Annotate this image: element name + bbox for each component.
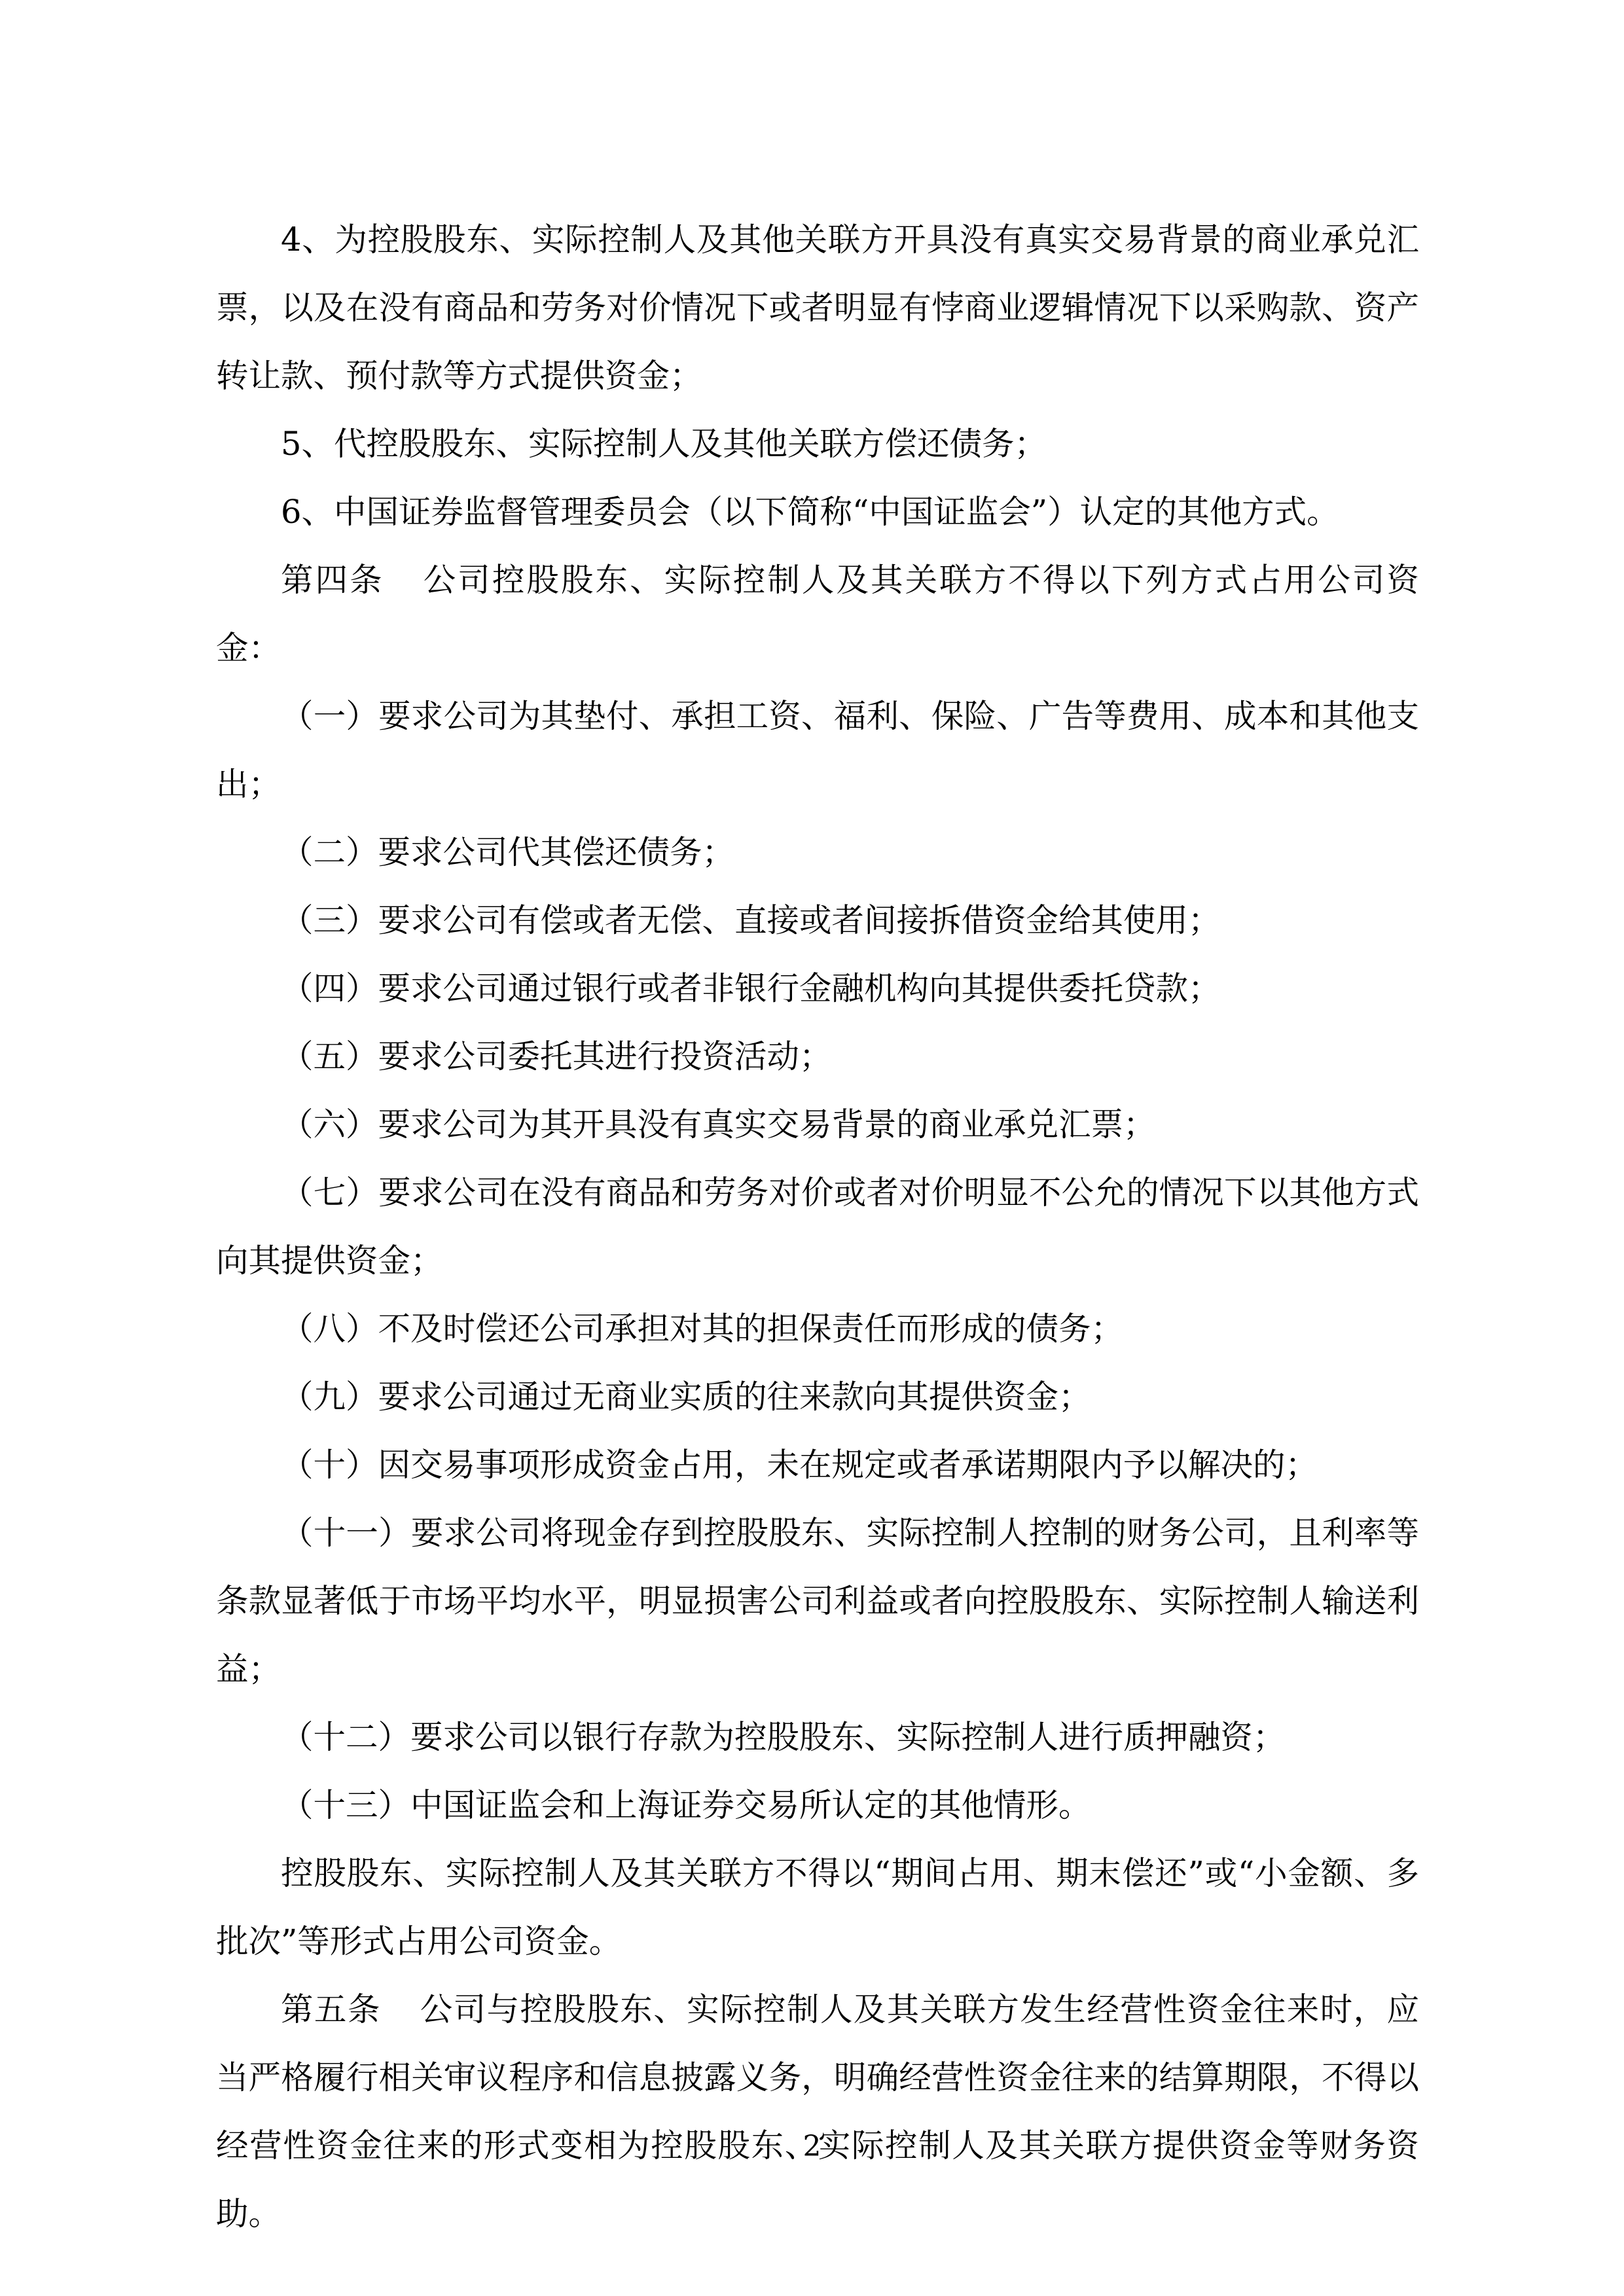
paragraph-text: （四）要求公司通过银行或者非银行金融机构向其提供委托贷款； <box>281 969 1221 1007</box>
paragraph: （八）不及时偿还公司承担对其的担保责任而形成的债务； <box>216 1295 1419 1363</box>
paragraph: 控股股东、实际控制人及其关联方不得以“期间占用、期末偿还”或“小金额、多批次”等… <box>216 1839 1419 1975</box>
paragraph-text: （八）不及时偿还公司承担对其的担保责任而形成的债务； <box>281 1310 1123 1348</box>
paragraph-text: （十）因交易事项形成资金占用，未在规定或者承诺期限内予以解决的； <box>281 1446 1318 1484</box>
paragraph: 6、中国证券监督管理委员会（以下简称“中国证监会”）认定的其他方式。 <box>216 478 1419 546</box>
page-footer: 2 <box>0 2127 1624 2166</box>
paragraph: （九）要求公司通过无商业实质的往来款向其提供资金； <box>216 1363 1419 1431</box>
article-number-label: 第四条 <box>281 561 384 599</box>
document-page: 4、为控股股东、实际控制人及其他关联方开具没有真实交易背景的商业承兑汇票，以及在… <box>0 0 1624 2296</box>
paragraph: （十一）要求公司将现金存到控股股东、实际控制人控制的财务公司，且利率等条款显著低… <box>216 1499 1419 1703</box>
paragraph-text: （十二）要求公司以银行存款为控股股东、实际控制人进行质押融资； <box>281 1718 1286 1756</box>
paragraph-text: （七）要求公司在没有商品和劳务对价或者对价明显不公允的情况下以其他方式向其提供资… <box>216 1174 1419 1280</box>
paragraph: （一）要求公司为其垫付、承担工资、福利、保险、广告等费用、成本和其他支出； <box>216 682 1419 818</box>
paragraph: 4、为控股股东、实际控制人及其他关联方开具没有真实交易背景的商业承兑汇票，以及在… <box>216 206 1419 410</box>
paragraph-text: （一）要求公司为其垫付、承担工资、福利、保险、广告等费用、成本和其他支出； <box>216 697 1419 803</box>
paragraph: （十二）要求公司以银行存款为控股股东、实际控制人进行质押融资； <box>216 1703 1419 1771</box>
article-number-label: 第五条 <box>281 1990 381 2028</box>
paragraph-text: 公司控股股东、实际控制人及其关联方不得以下列方式占用公司资金： <box>216 561 1419 667</box>
paragraph-text: 公司与控股股东、实际控制人及其关联方发生经营性资金往来时，应当严格履行相关审议程… <box>216 1990 1419 2233</box>
paragraph: （五）要求公司委托其进行投资活动； <box>216 1022 1419 1090</box>
paragraph-text: （十一）要求公司将现金存到控股股东、实际控制人控制的财务公司，且利率等条款显著低… <box>216 1514 1419 1688</box>
paragraph: （十）因交易事项形成资金占用，未在规定或者承诺期限内予以解决的； <box>216 1431 1419 1499</box>
paragraph-text: （九）要求公司通过无商业实质的往来款向其提供资金； <box>281 1378 1091 1416</box>
paragraph-text: 6、中国证券监督管理委员会（以下简称“中国证监会”）认定的其他方式。 <box>281 493 1339 531</box>
paragraph: 第五条公司与控股股东、实际控制人及其关联方发生经营性资金往来时，应当严格履行相关… <box>216 1975 1419 2248</box>
document-body: 4、为控股股东、实际控制人及其他关联方开具没有真实交易背景的商业承兑汇票，以及在… <box>216 206 1419 2248</box>
paragraph: （二）要求公司代其偿还债务； <box>216 818 1419 886</box>
paragraph: （六）要求公司为其开具没有真实交易背景的商业承兑汇票； <box>216 1090 1419 1158</box>
paragraph-text: 4、为控股股东、实际控制人及其他关联方开具没有真实交易背景的商业承兑汇票，以及在… <box>216 221 1419 395</box>
paragraph: （七）要求公司在没有商品和劳务对价或者对价明显不公允的情况下以其他方式向其提供资… <box>216 1158 1419 1295</box>
page-number: 2 <box>803 2130 821 2163</box>
paragraph-text: 5、代控股股东、实际控制人及其他关联方偿还债务； <box>281 425 1047 463</box>
paragraph: 5、代控股股东、实际控制人及其他关联方偿还债务； <box>216 410 1419 478</box>
paragraph-text: （十三）中国证监会和上海证券交易所认定的其他情形。 <box>281 1786 1091 1824</box>
paragraph-text: （五）要求公司委托其进行投资活动； <box>281 1037 832 1075</box>
paragraph: （四）要求公司通过银行或者非银行金融机构向其提供委托贷款； <box>216 954 1419 1022</box>
paragraph-text: （六）要求公司为其开具没有真实交易背景的商业承兑汇票； <box>281 1105 1156 1143</box>
paragraph-text: （三）要求公司有偿或者无偿、直接或者间接拆借资金给其使用； <box>281 901 1221 939</box>
paragraph-text: 控股股东、实际控制人及其关联方不得以“期间占用、期末偿还”或“小金额、多批次”等… <box>216 1854 1419 1960</box>
paragraph: （三）要求公司有偿或者无偿、直接或者间接拆借资金给其使用； <box>216 886 1419 954</box>
paragraph: （十三）中国证监会和上海证券交易所认定的其他情形。 <box>216 1771 1419 1839</box>
paragraph-text: （二）要求公司代其偿还债务； <box>281 833 734 871</box>
paragraph: 第四条公司控股股东、实际控制人及其关联方不得以下列方式占用公司资金： <box>216 546 1419 682</box>
